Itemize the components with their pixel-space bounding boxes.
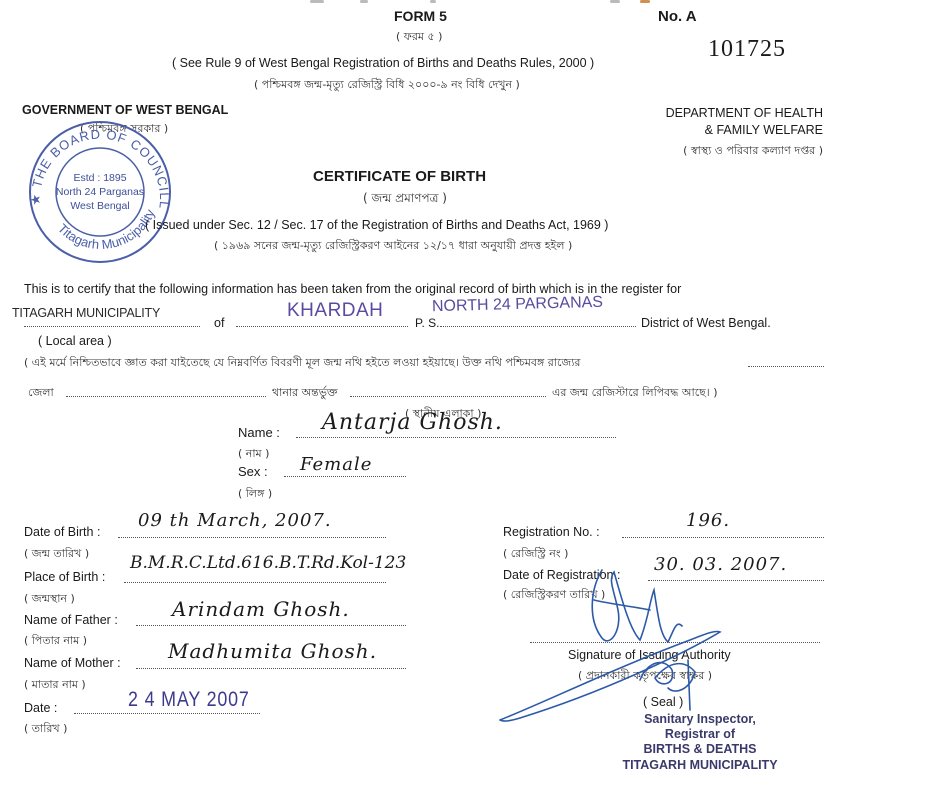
of-label: of [214,316,224,330]
issued-under-bn: ( ১৯৬৯ সনের জন্ম-মৃত্যু রেজিস্ট্রিকরণ আই… [214,237,572,256]
issue-date-line [74,713,260,714]
form-title: FORM 5 [394,8,447,24]
certificate-title: CERTIFICATE OF BIRTH [313,168,486,185]
certify-bn-register: এর জন্ম রেজিস্টারে লিপিবদ্ধ আছে। ) [552,384,718,403]
dob-label-bn: ( জন্ম তারিখ ) [24,545,89,564]
district-line [440,326,636,327]
certify-bn-district: জেলা [28,384,54,403]
rule-reference-bn: ( পশ্চিমবঙ্গ জন্ম-মৃত্যু রেজিস্ট্রি বিধি… [254,76,520,95]
government-heading: GOVERNMENT OF WEST BENGAL [22,103,228,117]
police-station-value: KHARDAH [287,300,383,322]
form-title-bn: ( ফরম ৫ ) [396,28,442,47]
district-value: NORTH 24 PARGANAS [432,294,603,316]
sex-label: Sex : [238,464,268,479]
pob-line [124,582,386,583]
certificate-title-bn: ( জন্ম প্রমাণপত্র ) [363,190,447,210]
department-line2: & FAMILY WELFARE [705,123,823,137]
father-label: Name of Father : [24,613,118,627]
serial-number: 101725 [708,36,786,63]
name-label-bn: ( নাম ) [238,445,269,464]
dob-value: 09 th March, 2007. [138,510,332,531]
mother-line [136,668,406,669]
mother-label: Name of Mother : [24,656,121,670]
local-area-label: ( Local area ) [38,334,112,348]
state-line-bn [748,366,824,367]
reg-no-line [622,537,824,538]
dob-line [118,537,386,538]
local-line-bn [350,396,546,397]
reg-no-label: Registration No. : [503,525,600,539]
top-edge-marks [300,0,680,4]
ps-label: P. S. [415,316,439,330]
district-label: District of West Bengal. [641,316,771,330]
local-area-line [24,326,200,327]
dob-label: Date of Birth : [24,525,100,539]
svg-text:Titagarh Municipality: Titagarh Municipality [55,207,158,253]
father-line [136,625,406,626]
pob-label-bn: ( জন্মস্থান ) [24,590,75,609]
issued-under: ( Issued under Sec. 12 / Sec. 17 of the … [145,218,608,232]
mother-name-value: Madhumita Ghosh. [168,639,377,663]
department-line1: DEPARTMENT OF HEALTH [666,106,823,120]
registrar-stamp-line4: TITAGARH MUNICIPALITY [600,758,800,772]
rule-reference: ( See Rule 9 of West Bengal Registration… [172,56,594,70]
child-name-value: Antarja Ghosh. [322,410,503,435]
reg-no-value: 196. [686,510,730,531]
pob-value: B.M.R.C.Ltd.616.B.T.Rd.Kol-123 [130,553,406,573]
registrar-stamp-line3: BIRTHS & DEATHS [600,742,800,756]
signature-scribble-icon [490,560,750,730]
district-line-bn [66,396,266,397]
father-label-bn: ( পিতার নাম ) [24,632,87,651]
sex-line [284,476,406,477]
issue-date-value: 2 4 MAY 2007 [128,688,250,712]
municipal-seal: ★ THE BOARD OF COUNCILLORS ★ Titagarh Mu… [26,118,174,266]
certify-bn-line1: ( এই মর্মে নিশ্চিতভাবে জ্ঞাত করা যাইতেছে… [24,354,580,373]
pob-label: Place of Birth : [24,570,105,584]
sex-label-bn: ( লিঙ্গ ) [238,485,272,504]
certify-bn-ps: থানার অন্তর্ভুক্ত [272,384,338,403]
issue-date-label: Date : [24,701,57,715]
mother-label-bn: ( মাতার নাম ) [24,676,86,695]
father-name-value: Arindam Ghosh. [172,597,350,621]
local-area-value: TITAGARH MUNICIPALITY [12,306,160,320]
seal-estd: Estd : 1895 [50,172,150,184]
ps-line [236,326,408,327]
issue-date-label-bn: ( তারিখ ) [24,720,67,739]
name-line [296,437,616,438]
seal-district: North 24 Parganas [50,186,150,198]
department-line3-bn: ( স্বাস্থ্য ও পরিবার কল্যাণ দপ্তর ) [683,142,823,161]
name-label: Name : [238,425,280,440]
serial-label: No. A [658,8,697,25]
seal-state: West Bengal [50,200,150,212]
sex-value: Female [300,454,372,475]
